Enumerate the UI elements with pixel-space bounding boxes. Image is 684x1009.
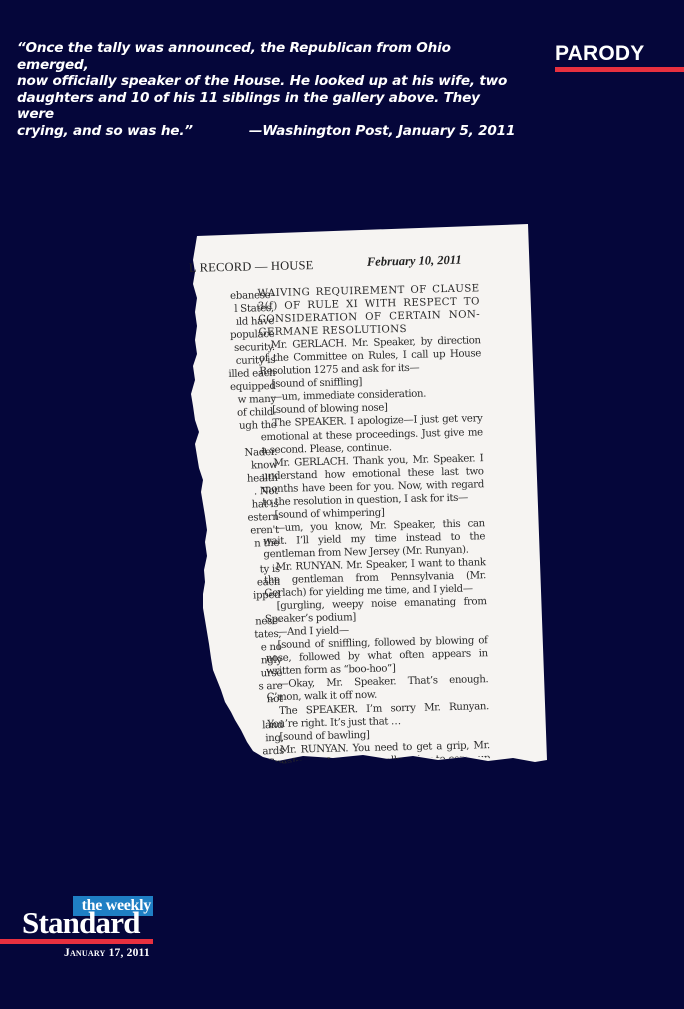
quote-line: now officially speaker of the House. He … [17, 73, 517, 90]
torn-clipping: L RECORD — HOUSE February 10, 2011 ebane… [183, 220, 553, 780]
record-paragraph: [sound of sniffling, followed by blowing… [265, 634, 488, 678]
record-date: February 10, 2011 [367, 253, 462, 270]
quote-attribution: —Washington Post, January 5, 2011 [249, 123, 515, 139]
parody-badge: PARODY [555, 42, 684, 72]
quote-line: “Once the tally was announced, the Repub… [17, 40, 517, 73]
logo-standard: Standard [22, 908, 140, 938]
record-paragraph: Mr. RUNYAN. Mr. Speaker, I want to thank… [264, 556, 487, 600]
record-paragraph: —um, you know, Mr. Speaker, this can wai… [263, 517, 486, 561]
quote-line-end: crying, and so was he.” [17, 123, 193, 139]
issue-date: January 17, 2011 [64, 947, 150, 959]
resolution-title: WAIVING REQUIREMENT OF CLAUSE 3(f) OF RU… [257, 282, 480, 339]
parody-underline [555, 67, 684, 72]
right-column: WAIVING REQUIREMENT OF CLAUSE 3(f) OF RU… [257, 282, 490, 796]
record-paragraph: Mr. GERLACH. Thank you, Mr. Speaker. I u… [261, 452, 484, 509]
epigraph-quote: “Once the tally was announced, the Repub… [17, 40, 517, 139]
quote-line: daughters and 10 of his 11 siblings in t… [17, 90, 517, 123]
clipping-text: L RECORD — HOUSE February 10, 2011 ebane… [178, 217, 561, 785]
parody-label: PARODY [555, 42, 684, 66]
record-paragraph: The SPEAKER. I apologize—I just get very… [260, 413, 483, 457]
record-header: L RECORD — HOUSE [189, 258, 314, 276]
logo-red-bar [0, 939, 153, 944]
quote-line: crying, and so was he.”—Washington Post,… [17, 123, 517, 140]
record-paragraph: Mr. GERLACH. Mr. Speaker, by direction o… [259, 334, 482, 378]
